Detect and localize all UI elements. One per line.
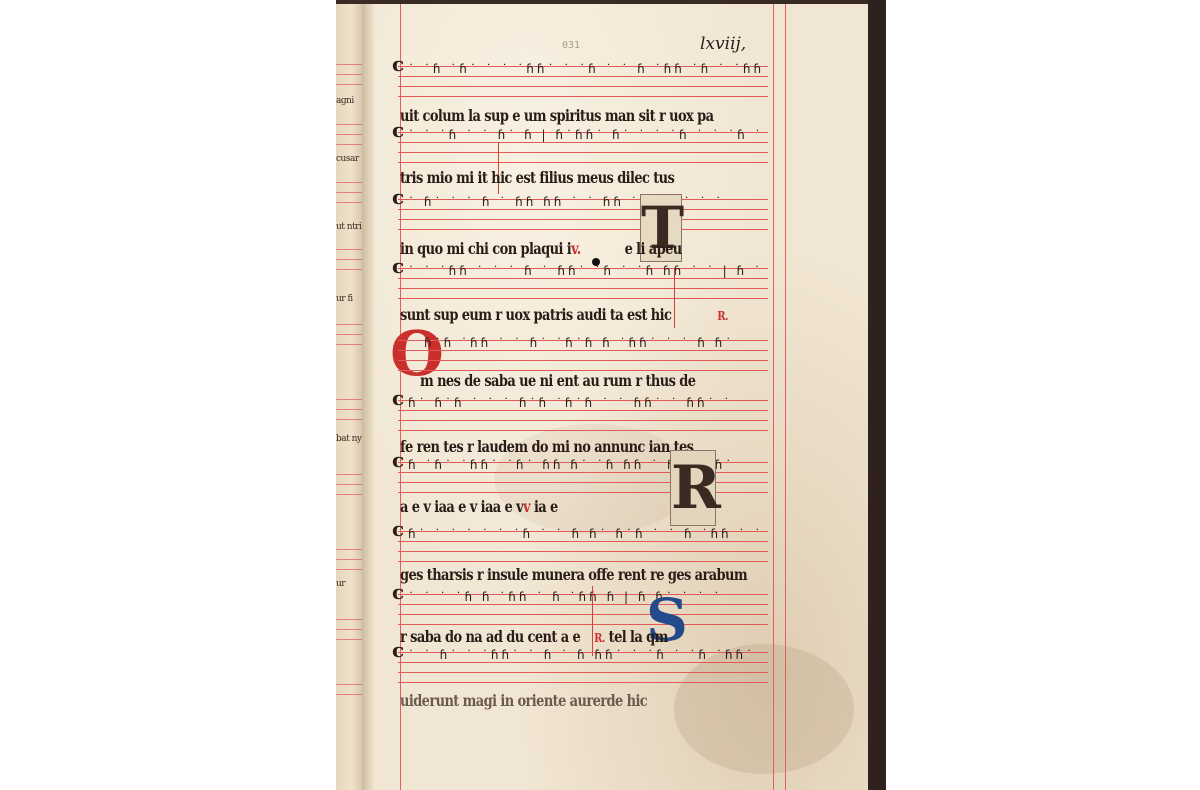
lyric-text: ia e: [530, 498, 558, 517]
left-page-fragment: bat ny: [336, 434, 362, 444]
c-clef-icon: c: [392, 254, 404, 278]
lyric-line: m nes de saba ue ni ent au rum r thus de: [420, 372, 790, 391]
neumes: ˙ ˙ ˙ɦɦ ˙ ˙ ˙ ɦ ˙ ɦɦ˙ ˙ɦ ˙ ˙ɦ ɦɦ ˙ ˙ | ɦ…: [408, 264, 763, 304]
c-clef-icon: c: [392, 386, 404, 410]
left-page-fragment: ur fi: [336, 294, 353, 304]
rubric-verse-mark: v: [523, 498, 530, 517]
neumes: ˙ ˙ ɦ˙ ˙ ˙ɦɦ˙ ˙ ɦ ˙ ɦ ɦɦ˙ ˙ ˙ɦ ˙ ˙ɦ ˙ɦɦ˙: [408, 648, 763, 688]
lyric-text: r saba do na ad du cent a e: [400, 628, 580, 647]
c-clef-icon: c: [392, 448, 404, 472]
music-staff: c ɦ˙ ɦ˙ɦ ˙ ˙ ˙ ɦ˙ɦ ˙ɦ˙ɦ ˙ ˙ ɦɦ˙ ˙ ɦɦ˙ ˙: [398, 400, 768, 432]
left-page-fragment: ut ntri: [336, 222, 361, 232]
lyric-line: in quo mi chi con plaqui iv. e li apeu: [400, 240, 770, 259]
lyric-line: tris mio mi it hic est filius meus dilec…: [400, 169, 770, 188]
lyric-line: ges tharsis r insule munera offe rent re…: [400, 566, 770, 585]
neumes: ˙ ˙ɦ ˙ɦ˙ ˙ ˙ ˙ɦɦ˙ ˙ ˙ɦ ˙ ˙ ɦ ˙ɦɦ ˙ɦ ˙ ˙ɦ…: [408, 62, 763, 102]
stamped-number: 031: [562, 40, 580, 51]
binding-right-edge: [868, 0, 886, 790]
book-gutter: [362, 4, 374, 790]
music-staff: c ˙ ˙ ˙ ˙ɦ ɦ ˙ɦɦ ˙ ɦ ˙ɦɦ ɦ | ɦ ɦ˙ ˙ ˙ ˙: [398, 594, 768, 626]
lyric-text: a e v iaa e v iaa e v: [400, 498, 523, 517]
c-clef-icon: c: [392, 118, 404, 142]
facing-left-page-edge: agni cusar ut ntri ur fi bat ny ur: [336, 4, 362, 790]
music-staff: c ˙ ˙ ˙ɦɦ ˙ ˙ ˙ ɦ ˙ ɦɦ˙ ˙ɦ ˙ ˙ɦ ɦɦ ˙ ˙ |…: [398, 268, 768, 300]
music-staff: c ˙ ˙ɦ ˙ɦ˙ ˙ ˙ ˙ɦɦ˙ ˙ ˙ɦ ˙ ˙ ɦ ˙ɦɦ ˙ɦ ˙ …: [398, 66, 768, 98]
c-clef-icon: c: [392, 185, 404, 209]
c-clef-icon: c: [392, 580, 404, 604]
neumes: ɦ˙ɦ ˙ɦɦ ˙ ˙ ɦ˙ ˙ɦ˙ɦ ɦ ˙ɦɦ˙ ˙ ˙ ɦ ɦ˙: [424, 336, 779, 376]
lyric-line: sunt sup eum r uox patris audi ta est hi…: [400, 306, 770, 325]
music-staff: c ˙ ɦ˙ ˙ ˙ ɦ ˙ ɦɦ ɦɦ ˙ ˙ ɦɦ ˙ ɦɦ˙ ˙ ˙ ˙: [398, 199, 768, 231]
lyric-line: a e v iaa e v iaa e vv ia e: [400, 498, 770, 517]
music-staff: c ˙ ˙ ˙ɦ ˙ ˙ ɦ˙ ɦ | ɦ˙ɦɦ˙ ɦ˙ ˙ ˙ ˙ɦ ˙ ˙ …: [398, 132, 768, 164]
folio-number: lxviij,: [700, 34, 746, 54]
lyric-line: uiderunt magi in oriente aurerde hic: [400, 692, 770, 711]
manuscript-page: 031 lxviij, c ˙ ˙ɦ ˙ɦ˙ ˙ ˙ ˙ɦɦ˙ ˙ ˙ɦ ˙ ˙…: [374, 4, 868, 790]
left-page-fragment: cusar: [336, 154, 359, 164]
lyric-text: e li apeu: [621, 240, 682, 259]
lyric-text: in quo mi chi con plaqui i: [400, 240, 571, 259]
neumes: ɦ˙ ˙ ˙ ˙ ˙ ˙ ˙ɦ ˙ ˙ ɦ ɦ˙ ɦ˙ɦ ˙ ˙ ɦ ˙ɦɦ ˙…: [408, 527, 763, 567]
music-staff: c ɦ˙ ˙ ˙ ˙ ˙ ˙ ˙ɦ ˙ ˙ ɦ ɦ˙ ɦ˙ɦ ˙ ˙ ɦ ˙ɦɦ…: [398, 531, 768, 563]
music-staff: c ˙ ˙ ɦ˙ ˙ ˙ɦɦ˙ ˙ ɦ ˙ ɦ ɦɦ˙ ˙ ˙ɦ ˙ ˙ɦ ˙ɦ…: [398, 652, 768, 684]
music-staff: ɦ˙ɦ ˙ɦɦ ˙ ˙ ɦ˙ ˙ɦ˙ɦ ɦ ˙ɦɦ˙ ˙ ˙ ɦ ɦ˙: [398, 340, 768, 372]
c-clef-icon: c: [392, 517, 404, 541]
right-margin-rule: [773, 4, 774, 790]
lyric-line: uit colum la sup e um spiritus man sit r…: [400, 107, 770, 126]
c-clef-icon: c: [392, 638, 404, 662]
neumes: ˙ ɦ˙ ˙ ˙ ɦ ˙ ɦɦ ɦɦ ˙ ˙ ɦɦ ˙ ɦɦ˙ ˙ ˙ ˙: [408, 195, 763, 235]
left-page-fragment: agni: [336, 96, 354, 106]
neumes: ˙ ˙ ˙ ˙ɦ ɦ ˙ɦɦ ˙ ɦ ˙ɦɦ ɦ | ɦ ɦ˙ ˙ ˙ ˙: [408, 590, 763, 630]
c-clef-icon: c: [392, 52, 404, 76]
rubric-response-mark: R.: [594, 632, 605, 646]
manuscript-scan: agni cusar ut ntri ur fi bat ny ur 031 l…: [336, 0, 886, 790]
lyric-text: tel la qm: [605, 628, 668, 647]
right-margin-rule-outer: [785, 4, 786, 790]
left-page-fragment: ur: [336, 579, 345, 589]
neumes: ɦ˙ ɦ˙ɦ ˙ ˙ ˙ ɦ˙ɦ ˙ɦ˙ɦ ˙ ˙ ɦɦ˙ ˙ ɦɦ˙ ˙: [408, 396, 763, 436]
neumes: ˙ ˙ ˙ɦ ˙ ˙ ɦ˙ ɦ | ɦ˙ɦɦ˙ ɦ˙ ˙ ˙ ˙ɦ ˙ ˙ ˙ɦ…: [408, 128, 763, 168]
lyric-line: r saba do na ad du cent a eR. tel la qm: [400, 628, 770, 647]
rubric-response-mark: R.: [717, 310, 728, 324]
rubric-verse-mark: v.: [571, 240, 581, 259]
